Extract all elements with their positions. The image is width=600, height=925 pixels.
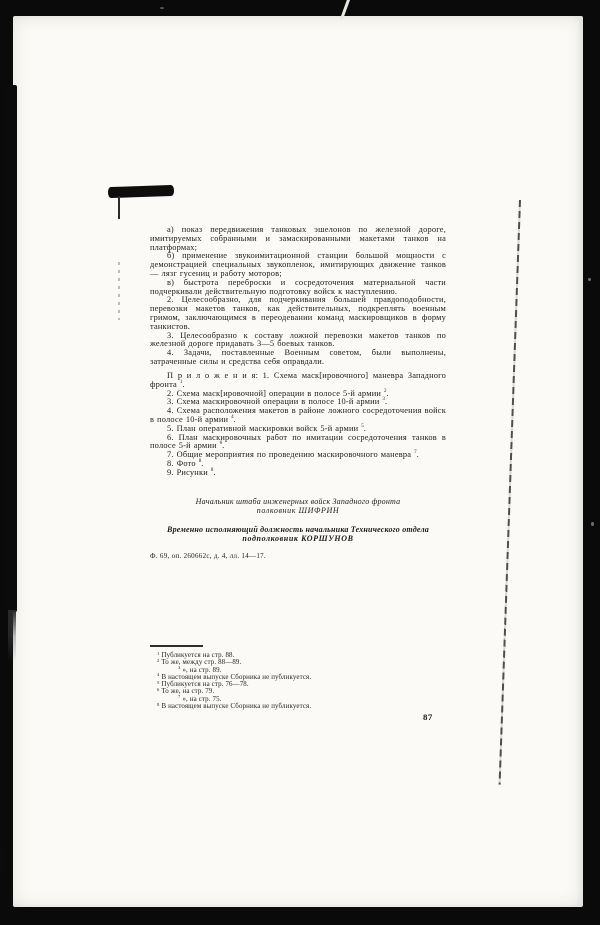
body-paragraph: 4. Задачи, поставленные Военным советом,… (150, 349, 446, 367)
footnote-marker: 4 (157, 672, 159, 677)
scan-artifact-ink-tail (118, 196, 120, 219)
signature-title: Временно исполняющий должность начальник… (150, 525, 446, 534)
footnote-separator-rule (150, 645, 203, 647)
footnote-line: 7», на стр. 75. (157, 696, 457, 703)
scan-artifact-page-crease (499, 200, 521, 785)
footnote-line: 8В настоящем выпуске Сборника не публику… (157, 703, 457, 710)
signature-title: Начальник штаба инженерных войск Западно… (150, 497, 446, 506)
footnote-marker: 6 (157, 687, 159, 692)
scan-artifact-speck (160, 7, 164, 9)
scan-artifact-left-shadow-fade (8, 610, 16, 662)
footnote-marker: 1 (157, 651, 159, 656)
body-paragraph: 3. Целесообразно к составу ложной перево… (150, 332, 446, 350)
page-number: 87 (423, 712, 433, 722)
footnote-marker: 7 (178, 694, 180, 699)
footnote-marker: 5 (157, 680, 159, 685)
scanned-document-background: а) показ передвижения танковых эшелонов … (0, 0, 600, 925)
body-paragraph: б) применение звукоимитационной станции … (150, 252, 446, 278)
footnote-line: 3», на стр. 89. (157, 667, 457, 674)
scan-artifact-left-edge-mark (0, 845, 5, 875)
footnotes-block: 1Публикуется на стр. 88. 2То же, между с… (157, 652, 457, 710)
signature-block: Начальник штаба инженерных войск Западно… (150, 497, 446, 544)
appendix-intro: П р и л о ж е н и я: 1. Схема маск[ирово… (150, 372, 446, 390)
archive-reference: Ф. 69, оп. 260662с, д. 4, лл. 14—17. (150, 552, 266, 560)
signature-name: подполковник КОРШУНОВ (150, 534, 446, 543)
appendix-item: 4. Схема расположения макетов в районе л… (150, 407, 446, 425)
scan-artifact-faint-streak (118, 262, 120, 320)
footnote-line: 2То же, между стр. 88—89. (157, 659, 457, 666)
document-page: а) показ передвижения танковых эшелонов … (13, 16, 583, 907)
footnote-marker: 8 (157, 702, 159, 707)
scan-artifact-speck (591, 522, 594, 526)
body-paragraph: 2. Целесообразно, для подчеркивания боль… (150, 296, 446, 331)
body-text-block: а) показ передвижения танковых эшелонов … (150, 226, 446, 367)
footnote-line: 6То же, на стр. 79. (157, 688, 457, 695)
body-paragraph: в) быстрота переброски и сосредоточения … (150, 279, 446, 297)
scan-artifact-left-shadow-band (6, 85, 17, 612)
appendix-item: 9. Рисунки 8. (150, 469, 446, 478)
appendix-list: П р и л о ж е н и я: 1. Схема маск[ирово… (150, 372, 446, 478)
signature-name: полковник ШИФРИН (150, 506, 446, 515)
appendix-intro-text: П р и л о ж е н и я: 1. Схема маск[ирово… (150, 371, 446, 389)
scan-artifact-speck (588, 278, 591, 281)
body-paragraph: а) показ передвижения танковых эшелонов … (150, 226, 446, 252)
footnote-marker: 2 (157, 658, 159, 663)
appendix-item: 6. План маскировочных работ по имитации … (150, 434, 446, 452)
